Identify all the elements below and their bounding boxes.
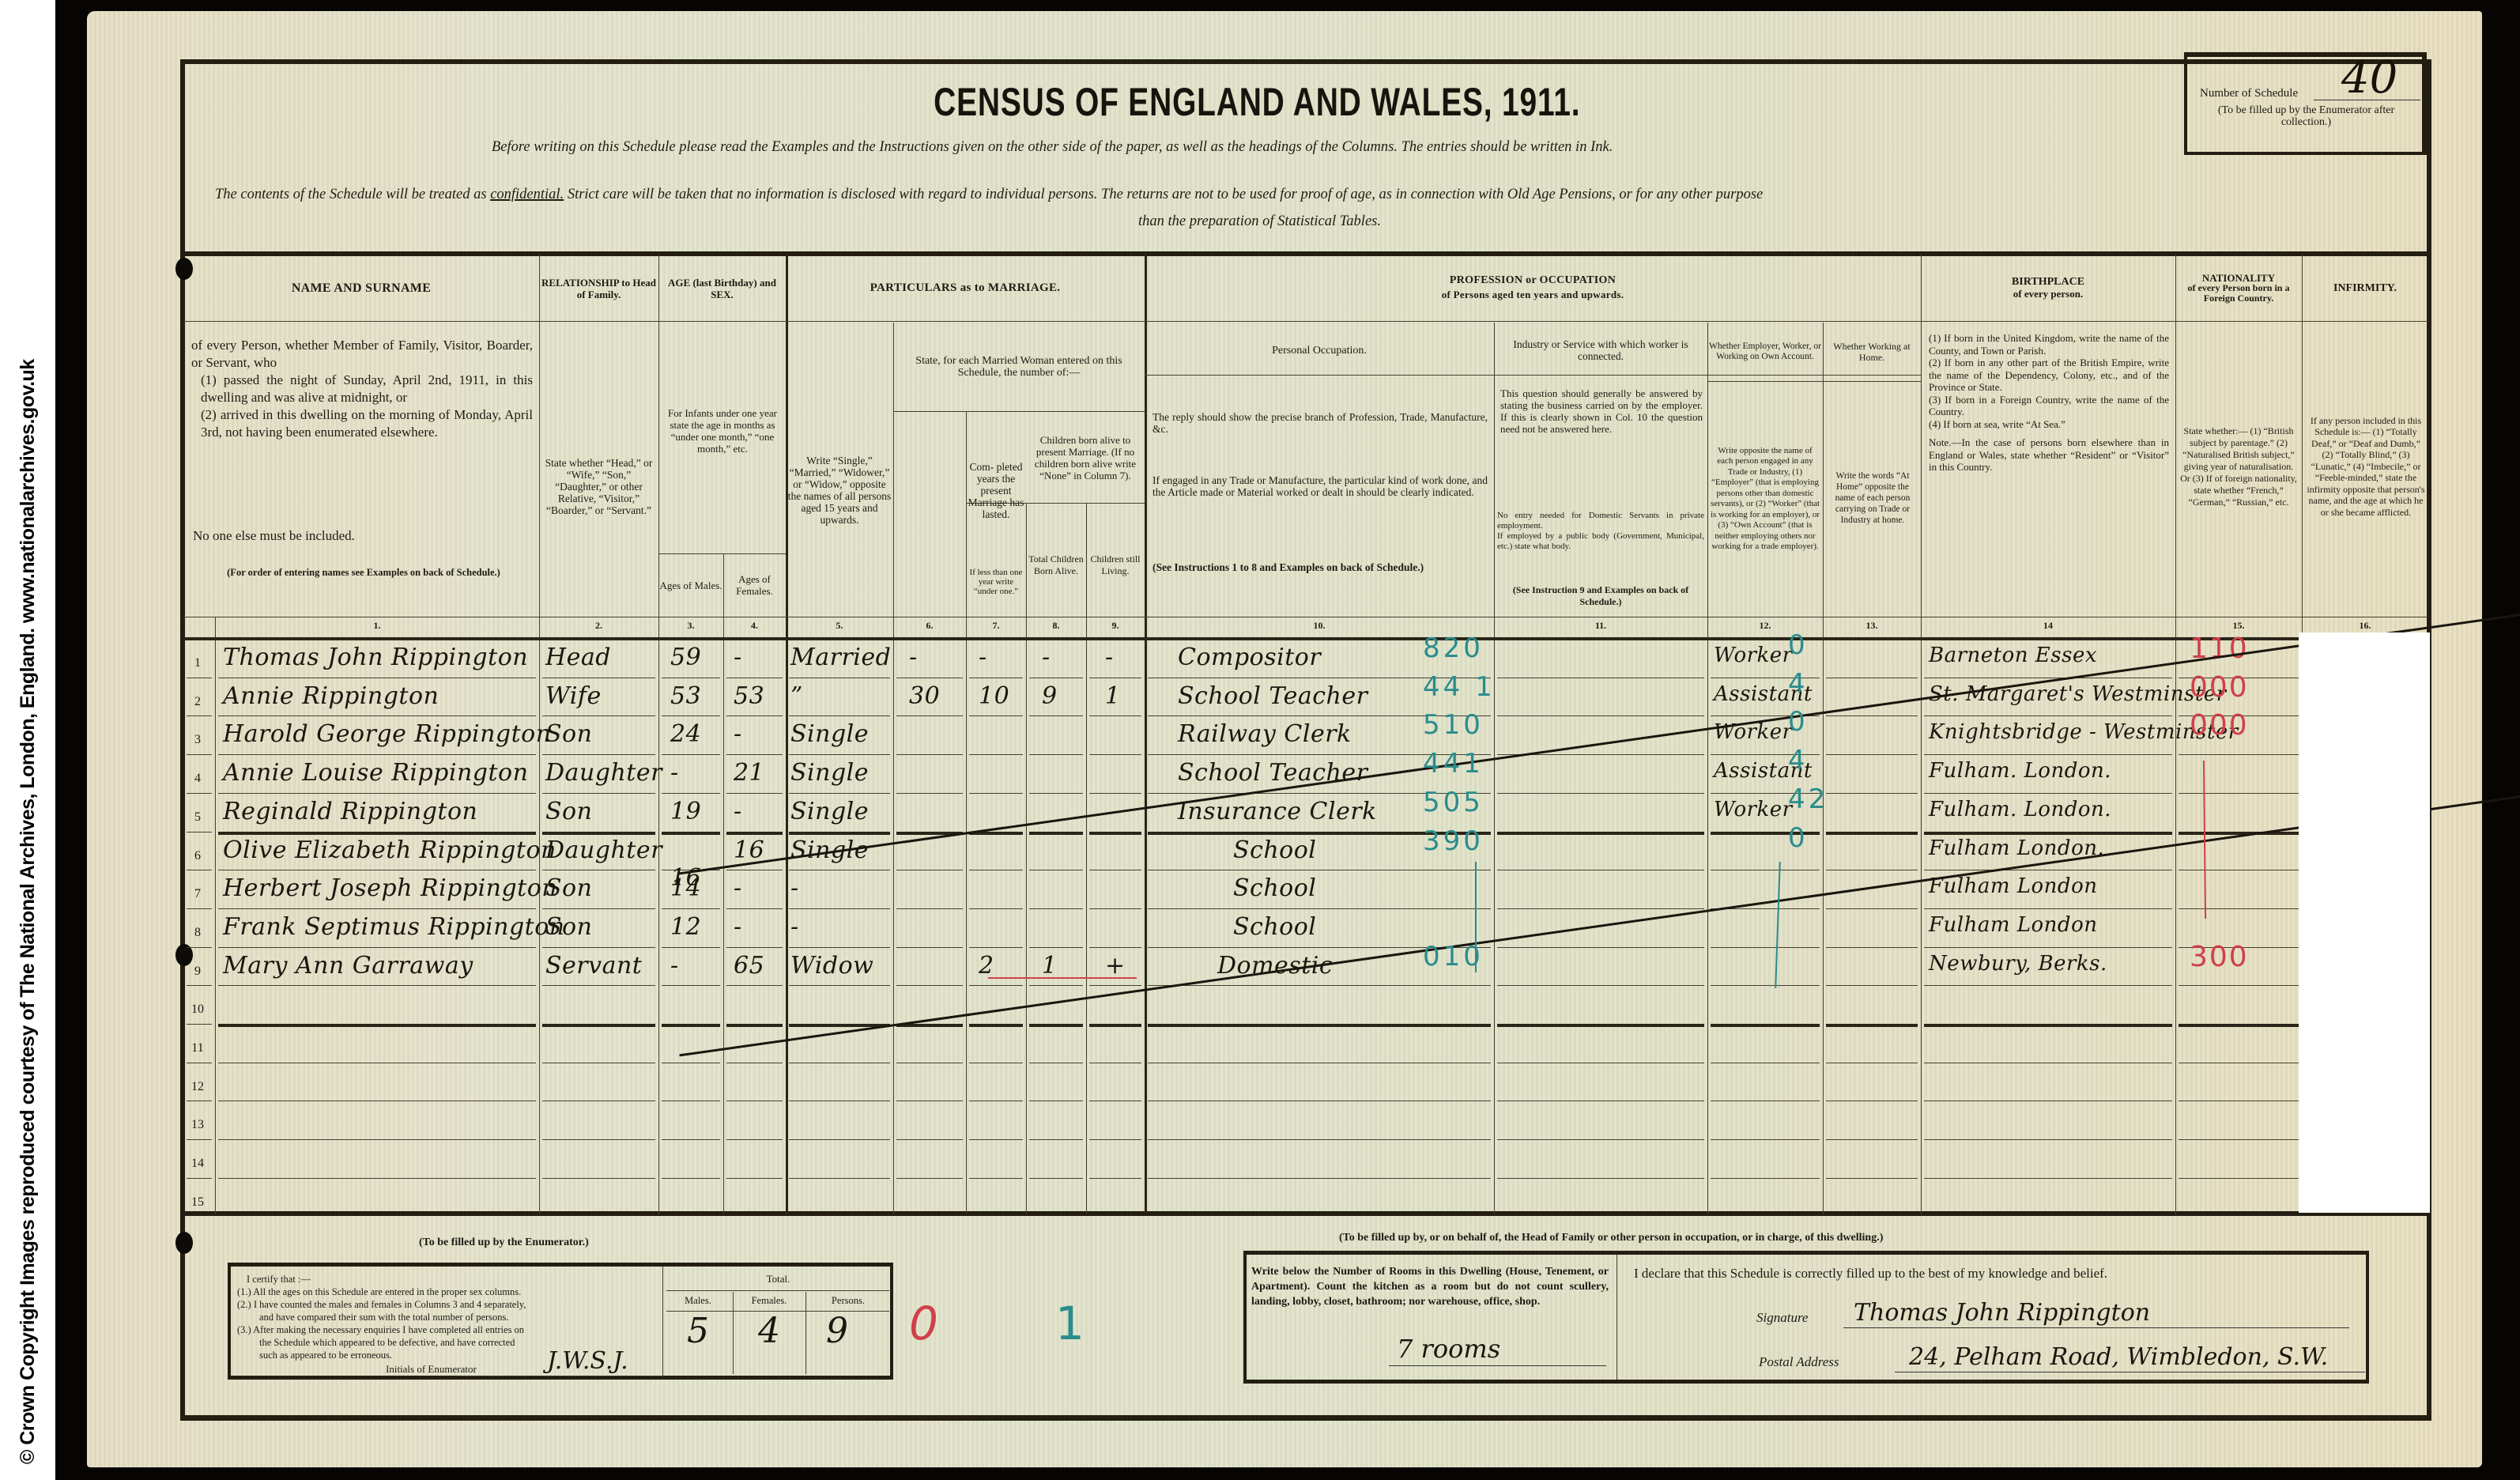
row-divider	[187, 1101, 212, 1101]
enumerator-red-mark: 0	[909, 1297, 940, 1350]
row-divider	[969, 678, 1023, 678]
children-living: -	[1042, 644, 1051, 671]
row-divider	[1497, 947, 1704, 948]
row-divider	[542, 754, 655, 755]
nationality-code: 000	[2190, 709, 2249, 742]
birthplace: St. Margaret's Westminster	[1929, 682, 2227, 706]
row-divider	[1089, 1024, 1141, 1027]
header-marriage: PARTICULARS as to MARRIAGE.	[786, 255, 1145, 321]
employment-code: 0	[1788, 706, 1809, 738]
occupation-code: 820	[1423, 632, 1484, 664]
row-divider	[1089, 908, 1141, 909]
row-divider	[218, 754, 536, 755]
relationship: Son	[545, 798, 592, 825]
rooms-line	[1389, 1365, 1606, 1366]
row-number: 15	[183, 1195, 212, 1210]
householder-divider	[1616, 1255, 1617, 1380]
row-divider	[218, 908, 536, 909]
birthplace: Fulham London	[1929, 874, 2097, 898]
row-divider	[1148, 1063, 1491, 1063]
row-divider	[542, 1178, 655, 1179]
header-personal-desc-2: If engaged in any Trade or Manufacture, …	[1152, 474, 1488, 538]
signature-line	[1843, 1327, 2349, 1328]
children-red-underline	[988, 977, 1137, 979]
marital-condition: Single	[790, 759, 869, 787]
row-divider	[1029, 678, 1083, 678]
punch-hole	[175, 1232, 193, 1254]
marital-condition: Married	[790, 644, 891, 671]
children-died: +	[1105, 952, 1126, 980]
row-number: 5	[183, 810, 212, 825]
row-divider	[218, 715, 536, 716]
children-living: 1	[1042, 952, 1058, 980]
row-divider	[1497, 1063, 1704, 1063]
employment-code: 42	[1788, 783, 1828, 815]
row-divider	[1826, 908, 1918, 909]
row-divider	[542, 793, 655, 794]
marital-condition: Widow	[790, 952, 873, 980]
row-divider	[1029, 908, 1083, 909]
row-divider	[187, 947, 212, 948]
nationality-code: 000	[2190, 671, 2249, 704]
row-number: 12	[183, 1080, 212, 1094]
row-number: 4	[183, 772, 212, 786]
row-divider	[1826, 715, 1918, 716]
age-female: -	[734, 874, 742, 902]
header-industry: Industry or Service with which worker is…	[1494, 324, 1707, 376]
row-divider	[1089, 715, 1141, 716]
row-divider	[542, 947, 655, 948]
declaration-text: I declare that this Schedule is correctl…	[1634, 1266, 2107, 1282]
row-divider	[542, 1139, 655, 1140]
row-divider	[1497, 1139, 1704, 1140]
row-divider	[969, 1101, 1023, 1101]
row-divider	[218, 947, 536, 948]
totals-persons-label: Persons.	[805, 1295, 891, 1307]
row-divider	[1089, 754, 1141, 755]
col-divider	[1145, 255, 1147, 1214]
age-male: 12	[670, 913, 701, 941]
row-number: 10	[183, 1002, 212, 1017]
birthplace: Fulham. London.	[1929, 798, 2111, 821]
person-name: Thomas John Rippington	[223, 644, 528, 671]
header-nationality: NATIONALITY of every Person born in a Fo…	[2175, 255, 2302, 321]
marital-condition: -	[790, 874, 799, 902]
birthplace: Newbury, Berks.	[1929, 952, 2107, 976]
row-divider	[1497, 678, 1704, 678]
row-divider	[1148, 1024, 1491, 1027]
row-divider	[896, 715, 963, 716]
header-divider	[658, 553, 786, 554]
row-divider	[726, 1063, 783, 1063]
row-divider	[789, 1139, 890, 1140]
row-number: 14	[183, 1157, 212, 1171]
employment-code: 0	[1788, 629, 1809, 661]
row-divider	[218, 1178, 536, 1179]
postal-address-line	[1895, 1372, 2365, 1372]
header-home-desc: Write the words “At Home” opposite the n…	[1826, 427, 1919, 569]
age-male: 16	[670, 864, 2520, 892]
marital-condition: -	[790, 913, 799, 941]
row-divider	[2179, 1178, 2299, 1179]
marital-condition: Single	[790, 836, 869, 864]
years-married: 30	[909, 682, 940, 710]
colnum-7: 7.	[966, 620, 1026, 632]
row-divider	[542, 1024, 655, 1027]
row-divider	[1497, 1024, 1704, 1027]
postal-address-label: Postal Address	[1759, 1354, 1839, 1370]
total-females: 4	[733, 1311, 805, 1351]
row-divider	[726, 1101, 783, 1101]
row-divider	[726, 1139, 783, 1140]
col-divider	[1921, 255, 1922, 1214]
colnum-1: 1.	[215, 620, 539, 632]
col-divider	[966, 411, 967, 1214]
colnum-8: 8.	[1026, 620, 1086, 632]
row-divider	[726, 793, 783, 794]
row-divider	[218, 1024, 536, 1027]
row-divider	[1711, 985, 1820, 986]
header-personal-desc-3: (See Instructions 1 to 8 and Examples on…	[1152, 561, 1488, 593]
colnum-10: 10.	[1145, 620, 1494, 632]
row-divider	[542, 678, 655, 678]
age-female: -	[734, 798, 742, 825]
row-divider	[1497, 908, 1704, 909]
row-divider	[662, 985, 720, 986]
person-name: Mary Ann Garraway	[223, 952, 473, 980]
relationship: Head	[545, 644, 611, 671]
enumerator-heading: (To be filled up by the Enumerator.)	[419, 1236, 589, 1249]
header-condition-desc: Write “Single,” “Married,” “Widower,” or…	[787, 395, 892, 585]
row-divider	[1029, 1101, 1083, 1101]
row-divider	[1826, 1178, 1918, 1179]
header-industry-desc-2: No entry needed for Domestic Servants in…	[1497, 511, 1704, 582]
rownum-divider	[215, 617, 216, 1214]
row-divider	[1089, 793, 1141, 794]
totals-females-label: Females.	[733, 1295, 805, 1307]
row-divider	[789, 908, 890, 909]
colnum-5: 5.	[786, 620, 893, 632]
row-number: 1	[183, 656, 212, 670]
row-divider	[896, 1139, 963, 1140]
row-divider	[542, 985, 655, 986]
birthplace: Fulham London.	[1929, 836, 2104, 860]
row-divider	[662, 1024, 720, 1027]
personal-occupation: School Teacher	[1178, 682, 1368, 710]
row-divider	[896, 754, 963, 755]
row-divider	[896, 1063, 963, 1063]
person-name: Reginald Rippington	[223, 798, 477, 825]
children-born-alive: 2	[979, 952, 994, 980]
relationship: Wife	[545, 682, 602, 710]
personal-occupation: Domestic	[1217, 952, 1333, 980]
row-divider	[1826, 1024, 1918, 1027]
row-divider	[896, 678, 963, 678]
row-divider	[2179, 754, 2299, 755]
personal-occupation: School	[1233, 836, 1316, 864]
children-died: -	[1105, 644, 1114, 671]
row-divider	[1029, 985, 1083, 986]
col-divider	[658, 255, 659, 1214]
instruction-ink: Before writing on this Schedule please r…	[492, 139, 1613, 156]
personal-occupation: School	[1233, 874, 1316, 902]
row-divider	[187, 1063, 212, 1063]
row-divider	[662, 793, 720, 794]
householder-box: Write below the Number of Rooms in this …	[1243, 1251, 2369, 1384]
row-divider	[542, 715, 655, 716]
row-divider	[789, 1178, 890, 1179]
age-female: 16	[734, 836, 764, 864]
header-infirmity-desc: If any person included in this Schedule …	[2305, 324, 2427, 609]
header-divider	[183, 617, 2428, 617]
personal-occupation: Compositor	[1178, 644, 1321, 671]
row-divider	[1029, 1139, 1083, 1140]
row-divider	[1711, 1024, 1820, 1027]
row-divider	[1029, 715, 1083, 716]
row-divider	[187, 870, 212, 870]
row-divider	[542, 1063, 655, 1063]
row-divider	[1924, 678, 2172, 678]
row-number: 2	[183, 695, 212, 709]
row-divider	[896, 793, 963, 794]
row-divider	[1029, 947, 1083, 948]
person-name: Annie Rippington	[223, 682, 439, 710]
row-number: 7	[183, 887, 212, 901]
instruction-confidential: The contents of the Schedule will be tre…	[215, 187, 1763, 203]
row-divider	[1029, 1024, 1083, 1027]
row-divider	[187, 832, 212, 832]
total-persons: 9	[805, 1311, 869, 1351]
row-divider	[1497, 832, 1704, 835]
row-divider	[726, 754, 783, 755]
relationship: Son	[545, 874, 592, 902]
row-divider	[1924, 1178, 2172, 1179]
header-years-married: Com- pleted years the present Marriage h…	[968, 427, 1024, 553]
header-relationship: RELATIONSHIP to Head of Family.	[539, 261, 658, 316]
row-divider	[896, 1178, 963, 1179]
age-male: -	[670, 952, 679, 980]
children-living: 9	[1042, 682, 1058, 710]
row-divider	[218, 870, 536, 870]
row-divider	[1089, 1178, 1141, 1179]
header-employer: Whether Employer, Worker, or Working on …	[1709, 323, 1821, 381]
householder-heading: (To be filled up by, or on behalf of, th…	[1339, 1232, 1883, 1244]
header-industry-desc-4: (See Instruction 9 and Examples on back …	[1497, 580, 1704, 612]
schedule-number-value: 40	[2341, 52, 2397, 104]
row-divider	[1089, 1101, 1141, 1101]
row-number: 9	[183, 965, 212, 979]
row-divider	[1826, 754, 1918, 755]
row-divider	[1826, 793, 1918, 794]
header-still-living: Children still Living.	[1086, 522, 1145, 609]
row-divider	[1711, 1063, 1820, 1063]
row-number: 3	[183, 733, 212, 747]
row-divider	[969, 908, 1023, 909]
row-divider	[969, 1139, 1023, 1140]
enumerator-teal-mark: 1	[1055, 1297, 1088, 1350]
person-name: Herbert Joseph Rippington	[223, 874, 557, 902]
row-divider	[789, 715, 890, 716]
colnum-3: 3.	[658, 620, 723, 632]
row-divider	[2179, 908, 2299, 909]
confidential-underline: confidential.	[490, 187, 564, 202]
row-divider	[969, 1024, 1023, 1027]
row-divider	[1089, 678, 1141, 678]
row-divider	[1029, 754, 1083, 755]
row-divider	[789, 793, 890, 794]
age-female: 65	[734, 952, 764, 980]
row-divider	[1497, 715, 1704, 716]
age-female: -	[734, 720, 742, 748]
row-divider	[969, 947, 1023, 948]
header-name-desc: of every Person, whether Member of Famil…	[191, 337, 533, 495]
row-divider	[969, 985, 1023, 986]
rooms-instruction: Write below the Number of Rooms in this …	[1251, 1264, 1609, 1309]
row-divider	[1826, 1101, 1918, 1101]
personal-occupation: Railway Clerk	[1178, 720, 1352, 748]
header-children-desc: Children born alive to present Marriage.…	[1028, 414, 1143, 501]
row-divider	[542, 870, 655, 870]
row-divider	[662, 715, 720, 716]
row-divider	[1148, 1178, 1491, 1179]
age-female: 21	[734, 759, 764, 787]
header-birthplace: BIRTHPLACE of every person.	[1921, 255, 2175, 321]
row-divider	[1924, 715, 2172, 716]
header-divider	[1707, 381, 1823, 382]
row-divider	[1711, 1139, 1820, 1140]
row-divider	[969, 793, 1023, 794]
row-divider	[187, 1024, 212, 1025]
row-divider	[896, 908, 963, 909]
row-divider	[542, 1101, 655, 1101]
row-divider	[218, 832, 536, 835]
occupation-code: 505	[1423, 787, 1484, 818]
header-divider	[893, 411, 1145, 412]
header-personal-occupation: Personal Occupation.	[1145, 323, 1494, 378]
row-divider	[1089, 1063, 1141, 1063]
row-divider	[218, 985, 536, 986]
row-divider	[662, 678, 720, 678]
employment-status: Worker	[1714, 644, 1793, 667]
row-divider	[1089, 985, 1141, 986]
signature-value: Thomas John Rippington	[1854, 1299, 2150, 1327]
birthplace: Fulham. London.	[1929, 759, 2111, 783]
signature-label: Signature	[1756, 1310, 1808, 1326]
row-divider	[1924, 1024, 2172, 1027]
colnum-9: 9.	[1086, 620, 1145, 632]
row-divider	[1924, 1063, 2172, 1063]
header-name: NAME AND SURNAME	[183, 255, 539, 321]
relationship: Daughter	[545, 759, 662, 787]
occupation-code: 44 1	[1423, 671, 1496, 703]
header-name-no-one: No one else must be included.	[193, 530, 534, 553]
age-female: 53	[734, 682, 764, 710]
header-years-note: If less than one year write “under one.”	[966, 550, 1026, 614]
col-divider	[1707, 323, 1708, 1214]
relationship: Servant	[545, 952, 642, 980]
header-divider	[183, 321, 2428, 322]
person-name: Frank Septimus Rippington	[223, 913, 565, 941]
row-divider	[1029, 832, 1083, 835]
row-divider	[218, 1139, 536, 1140]
employment-code: 4	[1788, 668, 1809, 700]
relationship: Son	[545, 913, 592, 941]
row-divider	[896, 1101, 963, 1101]
colnum-13: 13.	[1823, 620, 1921, 632]
header-divider	[183, 637, 2428, 640]
row-divider	[789, 832, 890, 835]
header-age-desc: For Infants under one year state the age…	[662, 372, 783, 490]
birthplace: Barneton Essex	[1929, 644, 2097, 667]
row-divider	[789, 947, 890, 948]
row-divider	[542, 832, 655, 835]
colnum-14: 14	[1921, 620, 2175, 632]
colnum-4: 4.	[723, 620, 786, 632]
row-divider	[1826, 947, 1918, 948]
row-divider	[187, 985, 212, 986]
row-divider	[969, 1178, 1023, 1179]
children-born-alive: 10	[979, 682, 1009, 710]
header-industry-desc-1: This question should generally be answer…	[1500, 387, 1703, 498]
colnum-2: 2.	[539, 620, 658, 632]
header-age: AGE (last Birthday) and SEX.	[658, 261, 786, 316]
instruction-statistical: than the preparation of Statistical Tabl…	[1138, 213, 1381, 230]
row-divider	[789, 754, 890, 755]
row-divider	[218, 1101, 536, 1101]
age-male: 24	[670, 720, 701, 748]
row-divider	[1148, 1101, 1491, 1101]
enumerator-initials-value: J.W.S.J.	[547, 1347, 628, 1375]
row-divider	[896, 947, 963, 948]
row-divider	[1711, 947, 1820, 948]
header-divider	[1823, 381, 1921, 382]
row-divider	[662, 1101, 720, 1101]
row-divider	[1497, 1101, 1704, 1101]
row-divider	[1029, 1178, 1083, 1179]
row-divider	[969, 1063, 1023, 1063]
row-divider	[662, 908, 720, 909]
enumerator-box: I certify that :— (1.) All the ages on t…	[228, 1263, 893, 1380]
colnum-15: 15.	[2175, 620, 2302, 632]
row-divider	[1148, 1139, 1491, 1140]
row-divider	[187, 1139, 212, 1140]
age-male: 19	[670, 798, 701, 825]
row-divider	[1089, 1139, 1141, 1140]
children-born-alive: -	[979, 644, 987, 671]
header-ages-males: Ages of Males.	[658, 555, 723, 615]
row-divider	[1826, 678, 1918, 678]
header-personal-desc-1: The reply should show the precise branch…	[1152, 411, 1488, 443]
row-divider	[969, 754, 1023, 755]
personal-occupation: School	[1233, 913, 1316, 941]
totals-heading: Total.	[663, 1273, 893, 1286]
col-divider	[1086, 503, 1087, 1214]
row-divider	[187, 715, 212, 716]
row-divider	[662, 754, 720, 755]
nationality-code: 300	[2190, 941, 2249, 973]
row-divider	[789, 985, 890, 986]
row-divider	[662, 832, 720, 835]
row-divider	[1924, 793, 2172, 794]
age-male: -	[670, 759, 679, 787]
row-divider	[789, 1063, 890, 1063]
row-divider	[1497, 985, 1704, 986]
row-divider	[187, 678, 212, 678]
occupation-code: 510	[1423, 709, 1484, 741]
enumerator-initials-line	[460, 1376, 662, 1376]
row-divider	[1089, 832, 1141, 835]
row-number: 8	[183, 926, 212, 940]
